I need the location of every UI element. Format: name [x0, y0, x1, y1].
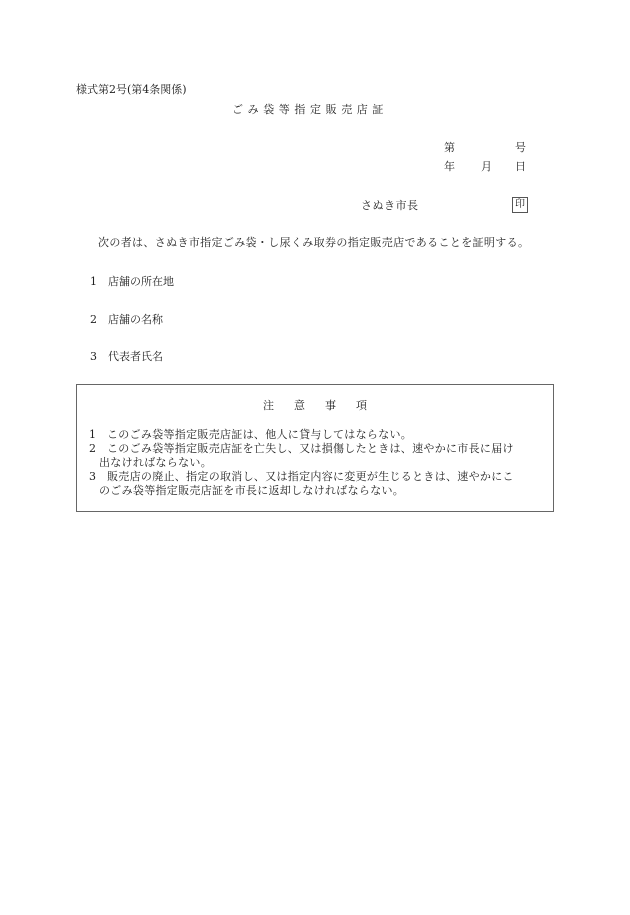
date-month-label: 月: [481, 160, 492, 174]
notice-item: 1このごみ袋等指定販売店証は、他人に貸与してはならない。: [89, 428, 549, 442]
date-day-label: 日: [515, 160, 526, 174]
field-representative-name: 3代表者氏名: [90, 350, 163, 364]
notice-list: 1このごみ袋等指定販売店証は、他人に貸与してはならない。 2このごみ袋等指定販売…: [89, 428, 549, 498]
notice-box: 注意事項 1このごみ袋等指定販売店証は、他人に貸与してはならない。 2このごみ袋…: [76, 384, 554, 512]
document-title: ごみ袋等指定販売店証: [232, 103, 388, 117]
notice-title: 注意事項: [77, 399, 553, 413]
certification-statement: 次の者は、さぬき市指定ごみ袋・し尿くみ取券の指定販売店であることを証明する。: [98, 236, 529, 250]
notice-item: 3販売店の廃止、指定の取消し、又は指定内容に変更が生じるときは、速やかにこ: [89, 470, 549, 484]
field-number: 1: [90, 275, 108, 289]
notice-item-continuation: のごみ袋等指定販売店証を市長に返却しなければならない。: [89, 484, 549, 498]
issuer-name: さぬき市長: [361, 199, 419, 213]
number-suffix: 号: [515, 141, 526, 155]
field-number: 2: [90, 313, 108, 327]
number-prefix: 第: [444, 141, 455, 155]
seal-icon: 印: [512, 197, 528, 213]
field-store-name: 2店舗の名称: [90, 313, 163, 327]
field-label: 店舗の名称: [108, 313, 163, 326]
date-year-label: 年: [444, 160, 455, 174]
field-number: 3: [90, 350, 108, 364]
form-number: 様式第2号(第4条関係): [76, 83, 187, 97]
field-label: 代表者氏名: [108, 350, 163, 363]
field-store-address: 1店舗の所在地: [90, 275, 174, 289]
field-label: 店舗の所在地: [108, 275, 174, 288]
notice-item: 2このごみ袋等指定販売店証を亡失し、又は損傷したときは、速やかに市長に届け: [89, 442, 549, 456]
notice-item-continuation: 出なければならない。: [89, 456, 549, 470]
